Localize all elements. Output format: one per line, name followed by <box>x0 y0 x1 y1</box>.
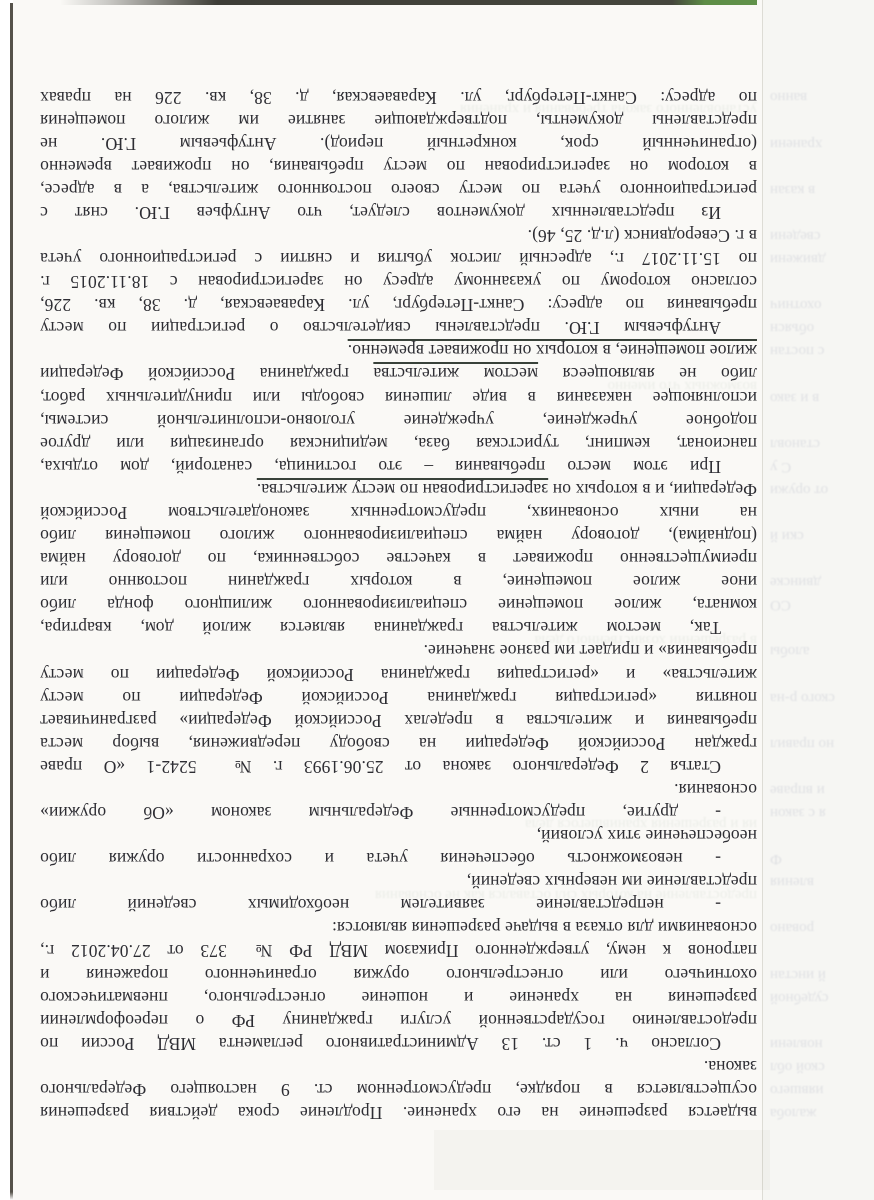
text-line: регистрационного учета по месту своего п… <box>40 178 757 201</box>
text-line: понятия «регистрация гражданина Российск… <box>40 686 757 709</box>
text-line: по 15.11.2017 г., адресный листок убытия… <box>40 247 757 270</box>
bleedthrough-fragment: движени <box>770 247 826 270</box>
bleedthrough-fragment: алобы <box>770 639 810 662</box>
text-line: Федерации, и в которых он зарегистрирова… <box>40 478 757 501</box>
text-line: на иных основаниях, предусмотренных зако… <box>40 501 757 524</box>
text-line: в котором он зарегистрирован по месту пр… <box>40 155 757 178</box>
inline-bleedthrough-text: предоставление на которых сил оставался … <box>40 883 757 906</box>
bleedthrough-fragment: ровано <box>770 916 814 939</box>
text-line: предоставлению государственной услуги гр… <box>40 1009 757 1032</box>
scan-shading <box>434 1130 770 1190</box>
bleedthrough-fragment: и вправе <box>770 778 825 801</box>
text-line: патронов к нему, утвержденного Приказом … <box>40 939 757 962</box>
text-line: охотничьего или огнестрельного оружия ог… <box>40 962 757 985</box>
text-line: Антуфьевым Г.Ю. представлены свидетельст… <box>40 316 757 339</box>
text-line: Согласно ч. 1 ст. 13 Административного р… <box>40 1032 757 1055</box>
text-line: согласно которому по указанному адресу о… <box>40 270 757 293</box>
bleedthrough-fragment: Ф <box>770 847 782 870</box>
text-line: закона. <box>40 1055 757 1078</box>
text-line: пребывания по адресу: Санкт-Петербург, у… <box>40 293 757 316</box>
text-line: преимущественно проживает в качестве соб… <box>40 547 757 570</box>
bleedthrough-fragment: ского р-на <box>770 685 835 708</box>
scan-edge-band <box>60 0 757 5</box>
bleedthrough-fragment: ванно <box>770 85 807 108</box>
text-line: пребывания и жительства в пределах Росси… <box>40 709 757 732</box>
text-line: подобное учреждение, учреждение уголовно… <box>40 409 757 432</box>
page-fold-line <box>762 0 763 1200</box>
bleedthrough-fragment: судебной <box>770 986 829 1009</box>
text-line: - невозможность обеспечения учета и сохр… <box>40 847 757 870</box>
bleedthrough-fragment: охотнич <box>770 293 822 316</box>
text-line: (ограниченный срок, конкретный период). … <box>40 132 757 155</box>
bleedthrough-fragment: но правил <box>770 732 834 755</box>
text-line: жительства» и «регистрация гражданина Ро… <box>40 662 757 685</box>
text-line: основания. <box>40 778 757 801</box>
bleedthrough-fragment: жалоба <box>770 1101 816 1124</box>
bleedthrough-fragment: от оружи <box>770 478 828 501</box>
text-line: в г. Северодвинск (л.д. 25, 46). <box>40 224 757 247</box>
text-line: (поднайма), договору найма специализиров… <box>40 524 757 547</box>
document-text: выдается разрешение на его хранение. Про… <box>40 85 757 1124</box>
bleedthrough-fragment: ски й <box>770 524 804 547</box>
text-line: основаниями для отказа в выдаче разрешен… <box>40 916 757 939</box>
text-line: пансионат, кемпинг, туристская база, мед… <box>40 432 757 455</box>
text-line: Статья 2 Федерального закона от 25.06.19… <box>40 755 757 778</box>
text-line: При этом место пребывания – это гостиниц… <box>40 455 757 478</box>
bleedthrough-fragment: в казан <box>770 178 815 201</box>
bleedthrough-fragment: становл <box>770 432 820 455</box>
bleedthrough-fragment: вления <box>770 870 814 893</box>
text-line: Из представленных документов следует, чт… <box>40 201 757 224</box>
bleedthrough-fragment: в и зако <box>770 385 819 408</box>
bleedthrough-fragment: СО <box>770 593 791 616</box>
text-line: разрешения на хранение и ношение огнестр… <box>40 986 757 1009</box>
bleedthrough-fragment: сведени <box>770 224 820 247</box>
text-line: иное жилое помещение, в которых граждани… <box>40 570 757 593</box>
bleedthrough-fragment: объясн <box>770 316 814 339</box>
bleedthrough-fragment: с постан <box>770 339 824 362</box>
bleedthrough-fragment: С у <box>770 455 791 478</box>
bleedthrough-fragment: иявшего <box>770 1078 824 1101</box>
text-line: осуществляется в порядке, предусмотренно… <box>40 1078 757 1101</box>
scanner-background <box>0 0 10 1200</box>
text-line: граждан Российской Федерации на свободу … <box>40 732 757 755</box>
bleedthrough-fragment: новлени <box>770 1032 823 1055</box>
text-line: комната, жилое помещение специализирован… <box>40 593 757 616</box>
text-line: выдается разрешение на его хранение. Про… <box>40 1101 757 1124</box>
inline-bleedthrough-text: возможных что именно <box>40 374 757 397</box>
page-edge-shadow <box>10 3 13 1200</box>
scanned-page: жалобаиявшегоской облновленисудебнойй ин… <box>0 0 874 1200</box>
bleedthrough-fragment: хранени <box>770 132 822 155</box>
bleedthrough-fragment: ской обл <box>770 1055 825 1078</box>
inline-bleedthrough-text: ия и разрешения хранившегося дела <box>40 812 757 835</box>
inline-bleedthrough-text: в разрешении хозяйственного дела <box>40 628 757 651</box>
paper-sheet: жалобаиявшегоской облновленисудебнойй ин… <box>13 0 874 1200</box>
bleedthrough-fragment: й инстан <box>770 962 826 985</box>
inline-bleedthrough-text: установленного закона требования и хране… <box>40 97 757 120</box>
text-line: жилое помещение, в которых он проживает … <box>40 339 757 362</box>
bleedthrough-fragment: я с закон <box>770 801 826 824</box>
bleedthrough-fragment: двинске <box>770 570 821 593</box>
